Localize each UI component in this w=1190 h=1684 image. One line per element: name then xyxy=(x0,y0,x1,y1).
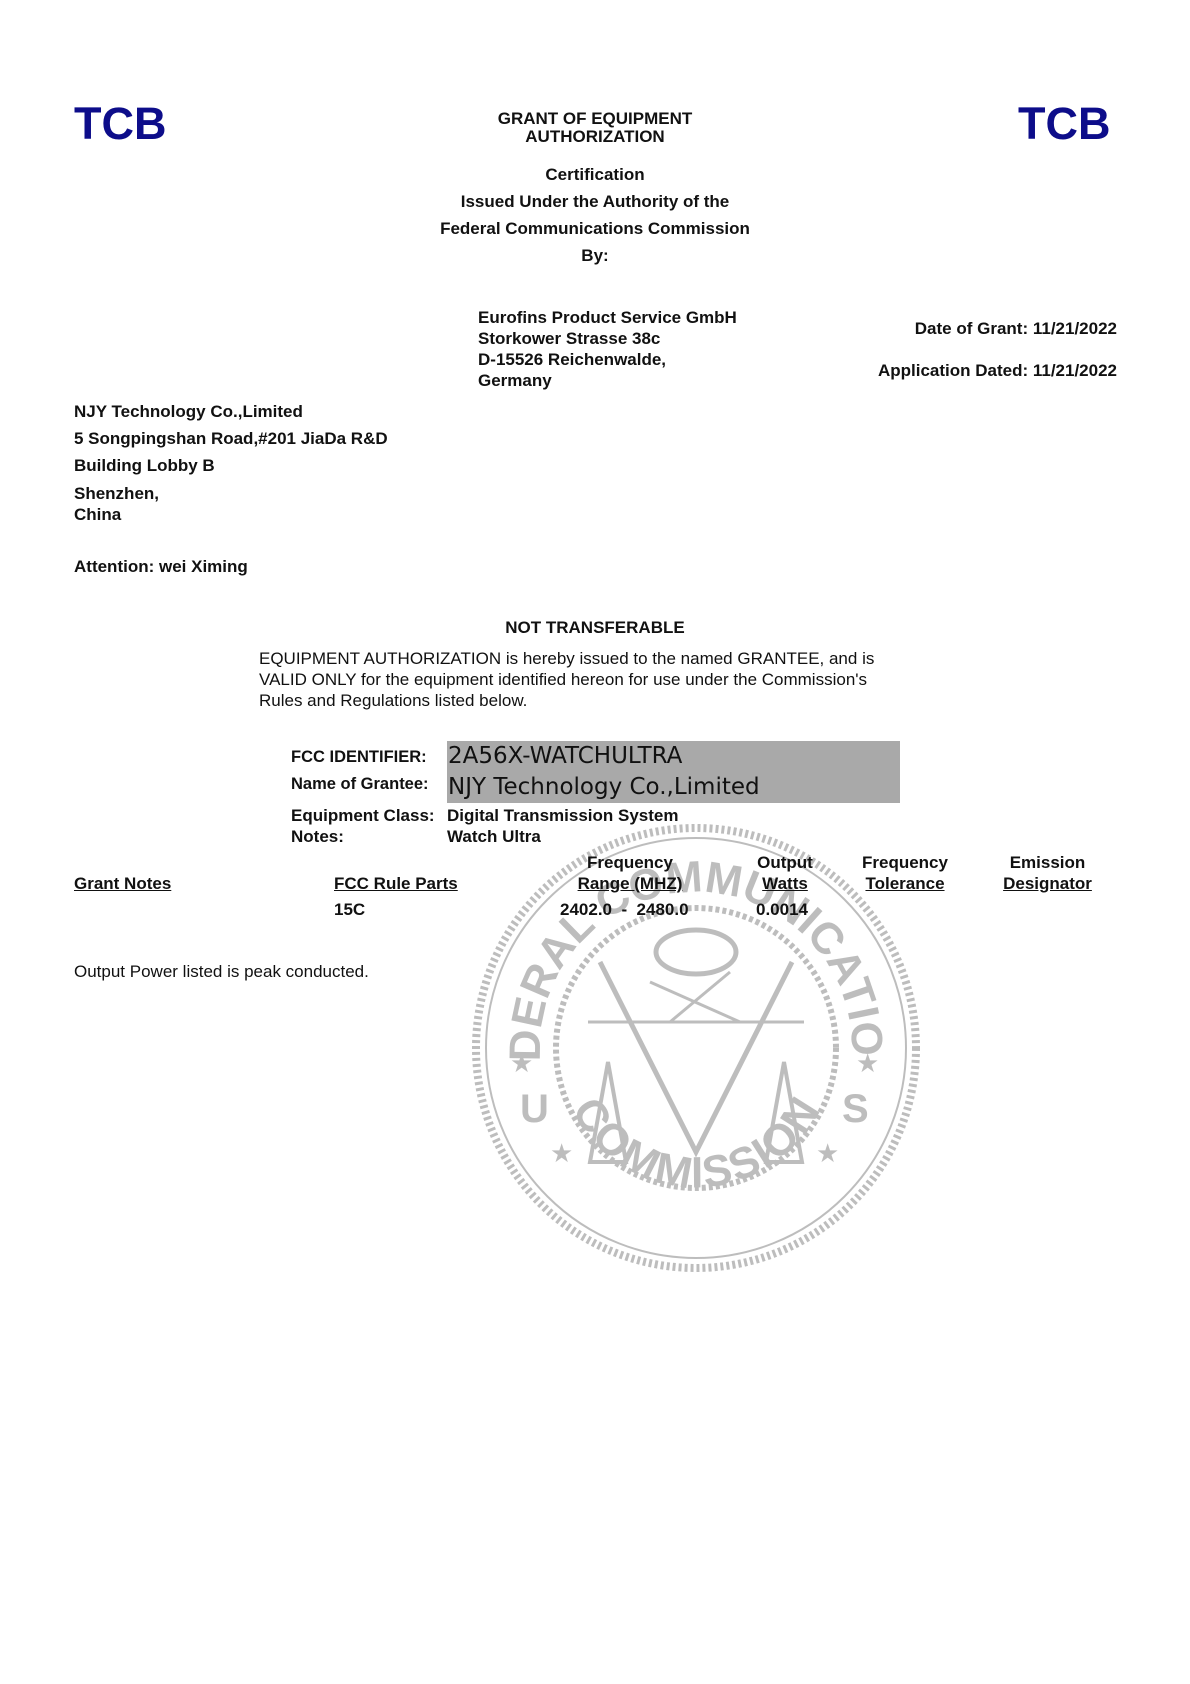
title-line-2: AUTHORIZATION xyxy=(395,128,795,146)
notes-label: Notes: xyxy=(291,826,344,847)
grantee-address-line: China xyxy=(74,504,388,525)
cell-output-watts: 0.0014 xyxy=(756,899,808,920)
header-line: Frequency xyxy=(850,852,960,873)
header-line: Watts xyxy=(740,873,830,894)
issuer-line: Storkower Strasse 38c xyxy=(478,328,737,349)
svg-text:U: U xyxy=(520,1087,549,1131)
column-header-frequency-range: Frequency Range (MHZ) xyxy=(550,852,710,894)
column-header-grant-notes: Grant Notes xyxy=(74,873,171,894)
grantee-address-line: Shenzhen, xyxy=(74,483,388,504)
header-line: Output xyxy=(740,852,830,873)
grantee-address-line: 5 Songpingshan Road,#201 JiaDa R&D xyxy=(74,425,388,452)
subtitle-line: Federal Communications Commission xyxy=(395,215,795,242)
output-power-note: Output Power listed is peak conducted. xyxy=(74,961,369,982)
grantee-address-line: Building Lobby B xyxy=(74,452,388,479)
equipment-class-value: Digital Transmission System xyxy=(447,805,678,826)
issuer-line: Eurofins Product Service GmbH xyxy=(478,307,737,328)
svg-text:★: ★ xyxy=(856,1048,879,1078)
document-title: GRANT OF EQUIPMENT AUTHORIZATION xyxy=(395,110,795,146)
fcc-identifier-value: 2A56X-WATCHULTRA xyxy=(448,743,682,769)
grantee-name-label: Name of Grantee: xyxy=(291,775,429,794)
header-line: Emission xyxy=(990,852,1105,873)
notice-line: Rules and Regulations listed below. xyxy=(259,690,874,711)
svg-text:COMMISSION: COMMISSION xyxy=(563,1089,830,1198)
svg-text:S: S xyxy=(842,1087,869,1131)
title-line-1: GRANT OF EQUIPMENT xyxy=(395,110,795,128)
notice-line: VALID ONLY for the equipment identified … xyxy=(259,669,874,690)
notes-value: Watch Ultra xyxy=(447,826,541,847)
header-line: Frequency xyxy=(550,852,710,873)
authority-statement: Certification Issued Under the Authority… xyxy=(395,161,795,269)
tcb-logo-left: TCB xyxy=(74,98,166,150)
fcc-identifier-label: FCC IDENTIFIER: xyxy=(291,748,427,767)
grantee-address-line: NJY Technology Co.,Limited xyxy=(74,398,388,425)
tcb-logo-right: TCB xyxy=(1018,98,1110,150)
column-header-frequency-tolerance: Frequency Tolerance xyxy=(850,852,960,894)
not-transferable-heading: NOT TRANSFERABLE xyxy=(395,617,795,638)
svg-text:★: ★ xyxy=(550,1138,573,1168)
cell-frequency-range: 2402.0 - 2480.0 xyxy=(560,899,689,920)
issuer-line: D-15526 Reichenwalde, xyxy=(478,349,737,370)
issuer-address: Eurofins Product Service GmbH Storkower … xyxy=(478,307,737,391)
authorization-notice: EQUIPMENT AUTHORIZATION is hereby issued… xyxy=(259,648,874,711)
svg-text:★: ★ xyxy=(510,1048,533,1078)
column-header-emission-designator: Emission Designator xyxy=(990,852,1105,894)
subtitle-line: Issued Under the Authority of the xyxy=(395,188,795,215)
header-line: Range (MHZ) xyxy=(550,873,710,894)
equipment-class-label: Equipment Class: xyxy=(291,805,435,826)
column-header-fcc-rule-parts: FCC Rule Parts xyxy=(334,873,458,894)
subtitle-line: Certification xyxy=(395,161,795,188)
svg-text:★: ★ xyxy=(816,1138,839,1168)
grantee-address: NJY Technology Co.,Limited 5 Songpingsha… xyxy=(74,398,388,525)
date-of-grant: Date of Grant: 11/21/2022 xyxy=(915,318,1117,339)
notice-line: EQUIPMENT AUTHORIZATION is hereby issued… xyxy=(259,648,874,669)
column-header-output-watts: Output Watts xyxy=(740,852,830,894)
issuer-line: Germany xyxy=(478,370,737,391)
header-line: Tolerance xyxy=(850,873,960,894)
cell-rule-parts: 15C xyxy=(334,899,365,920)
header-line: Designator xyxy=(990,873,1105,894)
table-row: 15C 2402.0 - 2480.0 0.0014 xyxy=(0,899,1190,923)
subtitle-line: By: xyxy=(395,242,795,269)
grantee-name-value: NJY Technology Co.,Limited xyxy=(448,774,760,800)
application-dated: Application Dated: 11/21/2022 xyxy=(878,360,1117,381)
attention-line: Attention: wei Ximing xyxy=(74,556,248,577)
